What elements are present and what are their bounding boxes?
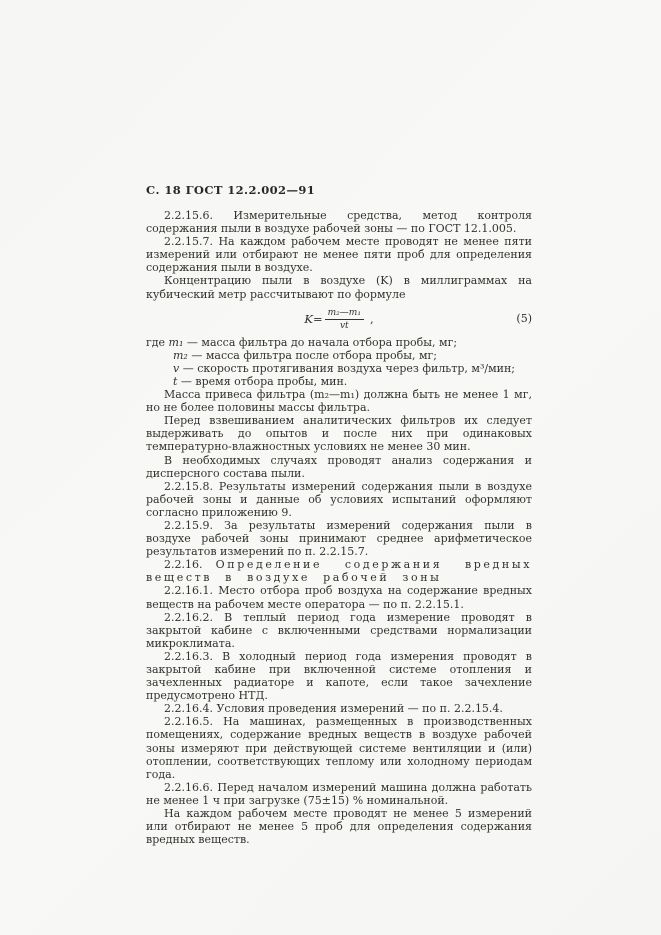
paragraph: Перед взвешиванием аналитических фильтро… xyxy=(146,414,532,453)
paragraph: 2.2.15.8. Результаты измерений содержани… xyxy=(146,480,532,519)
paragraph: 2.2.16.4. Условия проведения измерений —… xyxy=(146,702,532,715)
paragraph: 2.2.15.9. За результаты измерений содерж… xyxy=(146,519,532,558)
where-definition-line: где m₁ — масса фильтра до начала отбора … xyxy=(146,336,532,349)
paragraph: Масса привеса фильтра (m₂—m₁) должна быт… xyxy=(146,388,532,414)
paragraph: Концентрацию пыли в воздухе (K) в миллиг… xyxy=(146,274,532,300)
fraction-denominator: vt xyxy=(340,321,349,331)
formula-lhs: K xyxy=(304,312,313,326)
where-definition-line: v — скорость протягивания воздуха через … xyxy=(146,362,532,375)
document-body: 2.2.15.6. Измерительные средства, метод … xyxy=(146,209,532,846)
formula-comma: , xyxy=(370,312,374,326)
paragraph: 2.2.16.3. В холодный период года измерен… xyxy=(146,650,532,702)
where-prefix: где xyxy=(146,336,169,349)
where-description: — время отбора пробы, мин. xyxy=(177,375,347,388)
where-description: — масса фильтра до начала отбора пробы, … xyxy=(183,336,457,349)
equals-sign: = xyxy=(313,312,323,326)
fraction-numerator: m₂—m₁ xyxy=(328,308,361,318)
where-definition-line: t — время отбора пробы, мин. xyxy=(146,375,532,388)
paragraph: 2.2.16.5. На машинах, размещенных в прои… xyxy=(146,715,532,780)
running-header: С. 18 ГОСТ 12.2.002—91 xyxy=(146,183,532,197)
fraction: m₂—m₁vt xyxy=(325,308,364,331)
formula-dust-concentration: K=m₂—m₁vt,(5) xyxy=(146,306,532,332)
paragraph: 2.2.15.7. На каждом рабочем месте провод… xyxy=(146,235,532,274)
paragraph: В необходимых случаях проводят анализ со… xyxy=(146,454,532,480)
section-heading: 2.2.16. Определение содержания вредных в… xyxy=(146,558,532,584)
paragraph: На каждом рабочем месте проводят не мене… xyxy=(146,807,532,846)
paragraph: 2.2.16.2. В теплый период года измерение… xyxy=(146,611,532,650)
paragraph: 2.2.16.1. Место отбора проб воздуха на с… xyxy=(146,584,532,610)
equation-number: (5) xyxy=(516,306,532,332)
where-description: — скорость протягивания воздуха через фи… xyxy=(179,362,515,375)
paragraph: 2.2.15.6. Измерительные средства, метод … xyxy=(146,209,532,235)
page-content: С. 18 ГОСТ 12.2.002—91 2.2.15.6. Измерит… xyxy=(146,183,532,846)
where-term: m₂ xyxy=(173,349,188,362)
where-term: m₁ xyxy=(169,336,184,349)
section-number: 2.2.16. xyxy=(164,558,216,571)
paragraph: 2.2.16.6. Перед началом измерений машина… xyxy=(146,781,532,807)
where-definition-line: m₂ — масса фильтра после отбора пробы, м… xyxy=(146,349,532,362)
where-description: — масса фильтра после отбора пробы, мг; xyxy=(188,349,437,362)
scanned-page: С. 18 ГОСТ 12.2.002—91 2.2.15.6. Измерит… xyxy=(0,0,661,935)
